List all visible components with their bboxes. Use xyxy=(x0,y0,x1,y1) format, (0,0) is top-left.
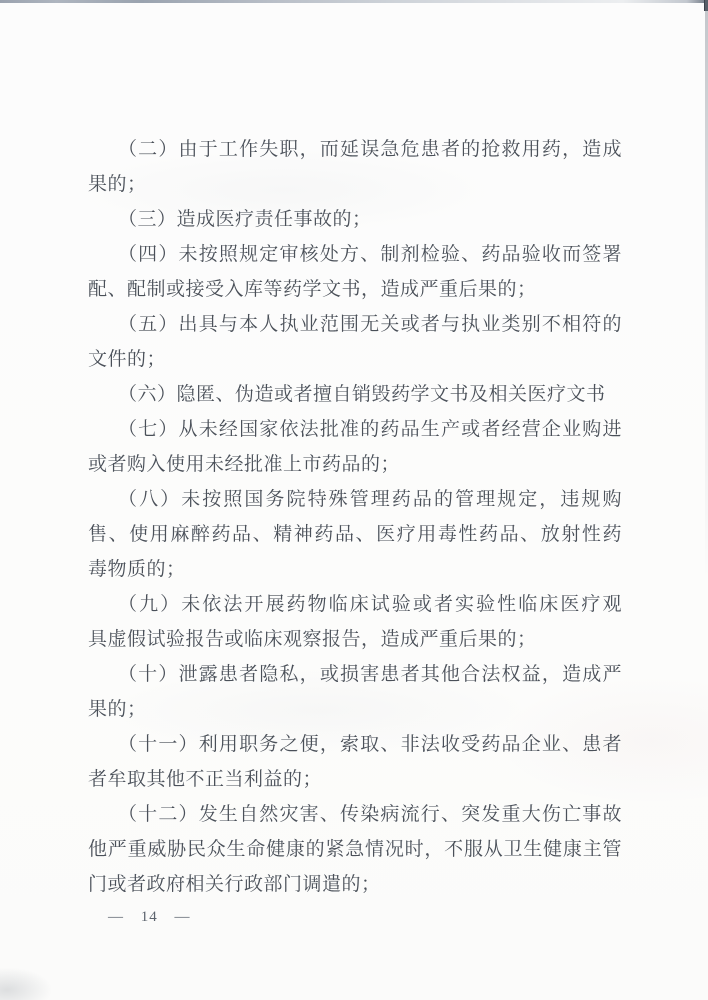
text-line: 或者购入使用未经批准上市药品的； xyxy=(88,447,622,482)
text-line: 他严重威胁民众生命健康的紧急情况时，不服从卫生健康主管部 xyxy=(88,832,622,867)
text-line: 售、使用麻醉药品、精神药品、医疗用毒性药品、放射性药品、易制 xyxy=(88,517,622,552)
text-line: 毒物质的； xyxy=(88,552,622,587)
text-line: 果的； xyxy=(88,692,622,727)
text-line: （九）未依法开展药物临床试验或者实验性临床医疗观察，出 xyxy=(88,587,622,622)
document-body: （二）由于工作失职，而延误急危患者的抢救用药，造成严重后果的；（三）造成医疗责任… xyxy=(88,132,622,902)
text-line: （十）泄露患者隐私，或损害患者其他合法权益，造成严重后 xyxy=(88,657,622,692)
text-line: （十二）发生自然灾害、传染病流行、突发重大伤亡事故以及其 xyxy=(88,797,622,832)
text-line: 文件的； xyxy=(88,342,622,377)
text-line: （五）出具与本人执业范围无关或者与执业类别不相符的证明 xyxy=(88,307,622,342)
text-line: 配、配制或接受入库等药学文书，造成严重后果的； xyxy=(88,272,622,307)
text-line: （六）隐匿、伪造或者擅自销毁药学文书及相关医疗文书的； xyxy=(88,377,622,412)
page-number: — 14 — xyxy=(108,905,191,929)
text-line: （七）从未经国家依法批准的药品生产或者经营企业购进药品 xyxy=(88,412,622,447)
text-line: （二）由于工作失职，而延误急危患者的抢救用药，造成严重后 xyxy=(88,132,622,167)
text-line: 具虚假试验报告或临床观察报告，造成严重后果的； xyxy=(88,622,622,657)
text-line: 门或者政府相关行政部门调遣的； xyxy=(88,867,622,902)
text-line: （十一）利用职务之便，索取、非法收受药品企业、患者财物或 xyxy=(88,727,622,762)
scan-top-edge xyxy=(0,0,708,3)
text-line: （三）造成医疗责任事故的； xyxy=(88,202,622,237)
text-line: 果的； xyxy=(88,167,622,202)
text-line: （四）未按照规定审核处方、制剂检验、药品验收而签署准予调 xyxy=(88,237,622,272)
text-line: 者牟取其他不正当利益的； xyxy=(88,762,622,797)
text-line: （八）未按照国务院特殊管理药品的管理规定，违规购入、销 xyxy=(88,482,622,517)
scanned-document-page: （二）由于工作失职，而延误急危患者的抢救用药，造成严重后果的；（三）造成医疗责任… xyxy=(0,0,708,1000)
